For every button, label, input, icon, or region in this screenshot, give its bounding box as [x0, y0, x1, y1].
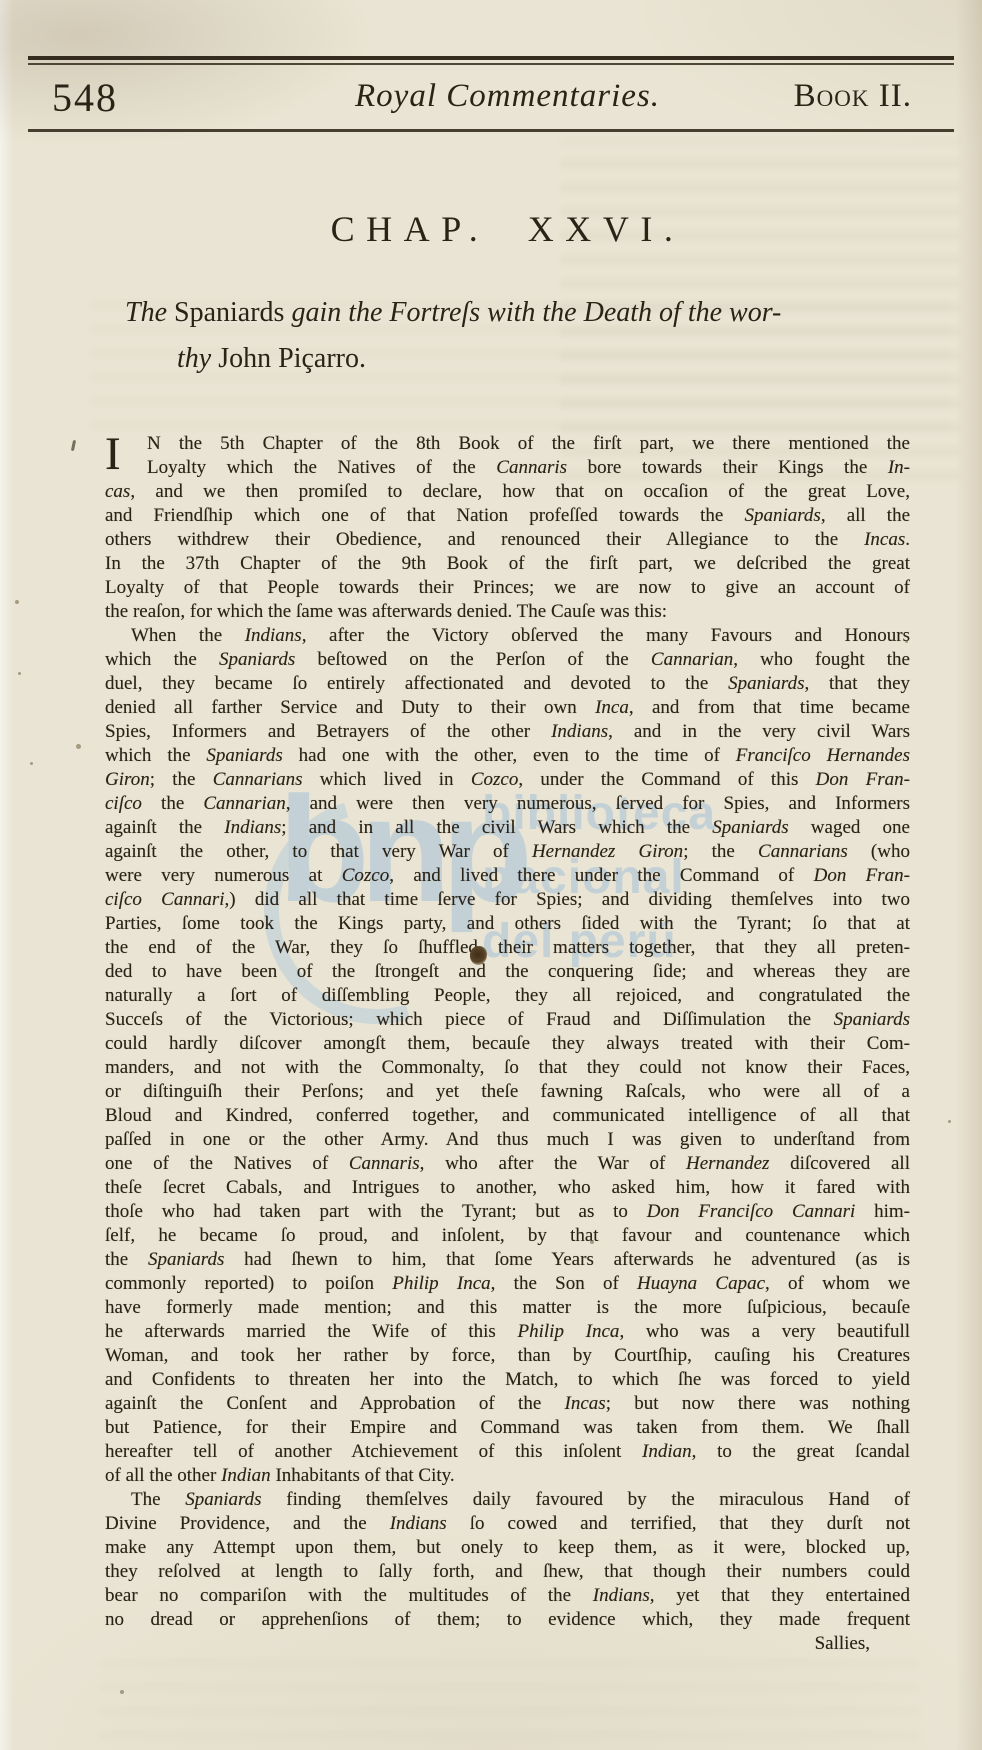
- text-line: The Spaniards finding themſelves daily f…: [105, 1488, 910, 1512]
- paragraph: When the Indians, after the Victory obſe…: [105, 624, 910, 1488]
- text-line: againſt the Indians; and in all the civi…: [105, 816, 910, 840]
- paper-speck: [15, 600, 19, 604]
- text-line: Giron; the Cannarians which lived in Coz…: [105, 768, 910, 792]
- text-line: but Patience, for their Empire and Comma…: [105, 1416, 910, 1440]
- text-line: Woman, and took her rather by force, tha…: [105, 1344, 910, 1368]
- text-line: cas, and we then promiſed to declare, ho…: [105, 480, 910, 504]
- book-page: 548 Royal Commentaries. Book II. CHAP. X…: [0, 0, 982, 1750]
- paper-speck: [862, 1500, 865, 1503]
- text-line: ſelf, he became ſo proud, and inſolent, …: [105, 1224, 910, 1248]
- text-line: they reſolved at length to ſally forth, …: [105, 1560, 910, 1584]
- header-rule: [28, 129, 954, 132]
- paper-speck: [120, 1690, 124, 1694]
- text-line: make any Attempt upon them, but onely to…: [105, 1536, 910, 1560]
- bleedthrough-texture: [100, 1655, 920, 1740]
- running-title: Royal Commentaries.: [105, 78, 910, 115]
- text-line: Bloud and Kindred, conferred together, a…: [105, 1104, 910, 1128]
- margin-pen-mark: [71, 440, 76, 451]
- text-line: manders, and not with the Commonalty, ſo…: [105, 1056, 910, 1080]
- paper-speck: [590, 1240, 594, 1244]
- text-line: againſt the other, to that very War of H…: [105, 840, 910, 864]
- paragraph: IN the 5th Chapter of the 8th Book of th…: [105, 432, 910, 624]
- text-line: In the 37th Chapter of the 9th Book of t…: [105, 552, 910, 576]
- text-line: and Friendſhip which one of that Nation …: [105, 504, 910, 528]
- text-line: Loyalty which the Natives of the Cannari…: [105, 456, 910, 480]
- paper-speck: [76, 744, 81, 749]
- text-line: Loyalty of that People towards their Pri…: [105, 576, 910, 600]
- text-line: the end of the War, they ſo ſhuffled the…: [105, 936, 910, 960]
- text-line: When the Indians, after the Victory obſe…: [105, 624, 910, 648]
- text-line: have formerly made mention; and this mat…: [105, 1296, 910, 1320]
- text-line: ciſco Cannari,) did all that time ſerve …: [105, 888, 910, 912]
- text-line: commonly reported) to poiſon Philip Inca…: [105, 1272, 910, 1296]
- paper-speck: [30, 762, 33, 765]
- text-line: hereafter tell of another Atchievement o…: [105, 1440, 910, 1464]
- text-line: againſt the Conſent and Approbation of t…: [105, 1392, 910, 1416]
- paper-speck: [948, 1120, 951, 1123]
- text-line: N the 5th Chapter of the 8th Book of the…: [105, 432, 910, 456]
- chapter-subtitle: The Spaniards gain the Fortreſs with the…: [125, 290, 885, 382]
- text-line: denied all farther Service and Duty to t…: [105, 696, 910, 720]
- header-double-rule-top: [28, 56, 954, 60]
- text-line: no dread or apprehenſions of them; to ev…: [105, 1608, 910, 1632]
- catchword: Sallies,: [105, 1632, 870, 1656]
- text-line: which the Spaniards had one with the oth…: [105, 744, 910, 768]
- paper-speck: [905, 640, 908, 643]
- text-line: duel, they became ſo entirely affectiona…: [105, 672, 910, 696]
- body-text: IN the 5th Chapter of the 8th Book of th…: [105, 432, 910, 1632]
- text-line: others withdrew their Obedience, and ren…: [105, 528, 910, 552]
- text-line: Divine Providence, and the Indians ſo co…: [105, 1512, 910, 1536]
- paper-speck: [18, 672, 21, 675]
- text-line: Parties, ſome took the Kings party, and …: [105, 912, 910, 936]
- text-line: or diſtinguiſh their Perſons; and yet th…: [105, 1080, 910, 1104]
- text-line: thoſe who had taken part with the Tyrant…: [105, 1200, 910, 1224]
- text-line: Spies, Informers and Betrayers of the ot…: [105, 720, 910, 744]
- text-line: of all the other Indian Inhabitants of t…: [105, 1464, 910, 1488]
- text-line: he afterwards married the Wife of this P…: [105, 1320, 910, 1344]
- text-line: theſe ſecret Cabals, and Intrigues to an…: [105, 1176, 910, 1200]
- text-line: were very numerous at Cozco, and lived t…: [105, 864, 910, 888]
- text-line: the Spaniards had ſhewn to him, that ſom…: [105, 1248, 910, 1272]
- drop-cap: I: [105, 432, 147, 478]
- text-line: one of the Natives of Cannaris, who afte…: [105, 1152, 910, 1176]
- text-line: ded to have been of the ſtrongeſt and th…: [105, 960, 910, 984]
- subtitle-line: The Spaniards gain the Fortreſs with the…: [125, 290, 885, 336]
- text-line: and Confidents to threaten her into the …: [105, 1368, 910, 1392]
- text-line: could hardly diſcover amongſt them, beca…: [105, 1032, 910, 1056]
- text-line: Succeſs of the Victorious; which piece o…: [105, 1008, 910, 1032]
- chapter-heading: CHAP. XXVI.: [105, 208, 910, 250]
- paragraph: The Spaniards finding themſelves daily f…: [105, 1488, 910, 1632]
- text-line: paſſed in one or the other Army. And thu…: [105, 1128, 910, 1152]
- book-label: Book II.: [794, 78, 912, 115]
- subtitle-line: thy John Piçarro.: [125, 336, 885, 382]
- header-double-rule-bottom: [28, 63, 954, 65]
- text-line: bear no compariſon with the multitudes o…: [105, 1584, 910, 1608]
- text-line: the reaſon, for which the ſame was after…: [105, 600, 910, 624]
- text-line: naturally a ſort of diſſembling People, …: [105, 984, 910, 1008]
- text-line: which the Spaniards beſtowed on the Perſ…: [105, 648, 910, 672]
- text-line: ciſco the Cannarian, and were then very …: [105, 792, 910, 816]
